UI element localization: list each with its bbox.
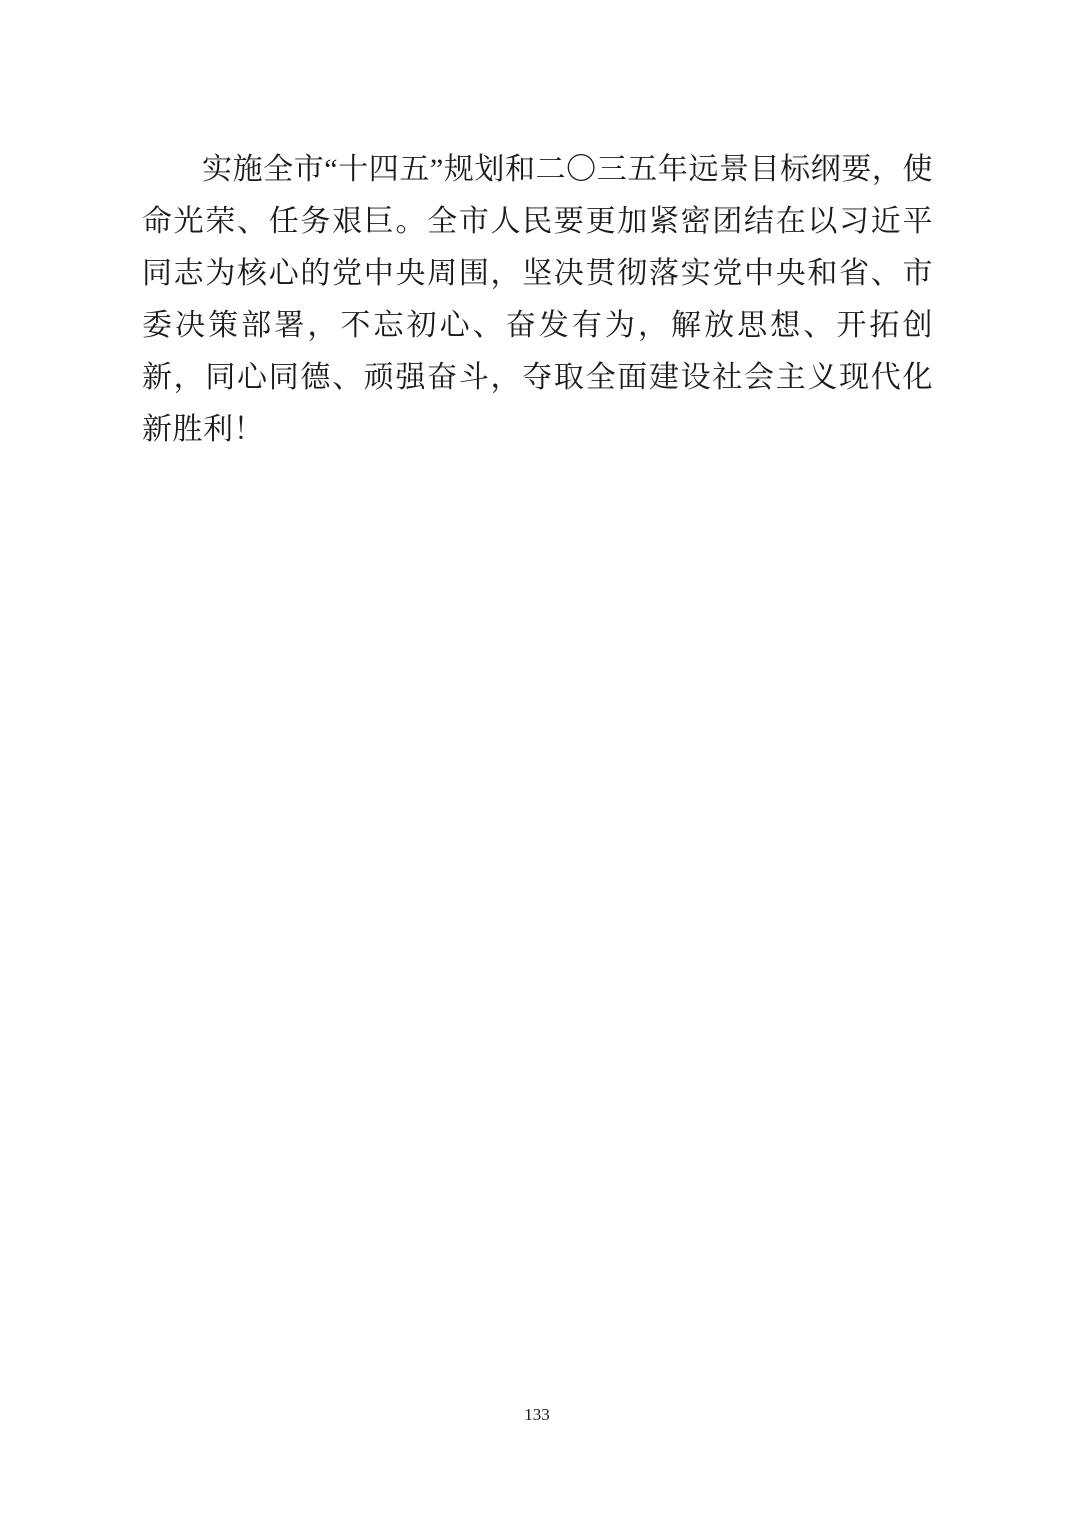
document-page: 实施全市“十四五”规划和二〇三五年远景目标纲要，使命光荣、任务艰巨。全市人民要更… bbox=[0, 0, 1074, 1520]
page-number: 133 bbox=[524, 1405, 550, 1424]
paragraph: 实施全市“十四五”规划和二〇三五年远景目标纲要，使命光荣、任务艰巨。全市人民要更… bbox=[142, 144, 933, 456]
body-text-block: 实施全市“十四五”规划和二〇三五年远景目标纲要，使命光荣、任务艰巨。全市人民要更… bbox=[142, 144, 933, 456]
page-footer: 133 bbox=[0, 1403, 1074, 1427]
